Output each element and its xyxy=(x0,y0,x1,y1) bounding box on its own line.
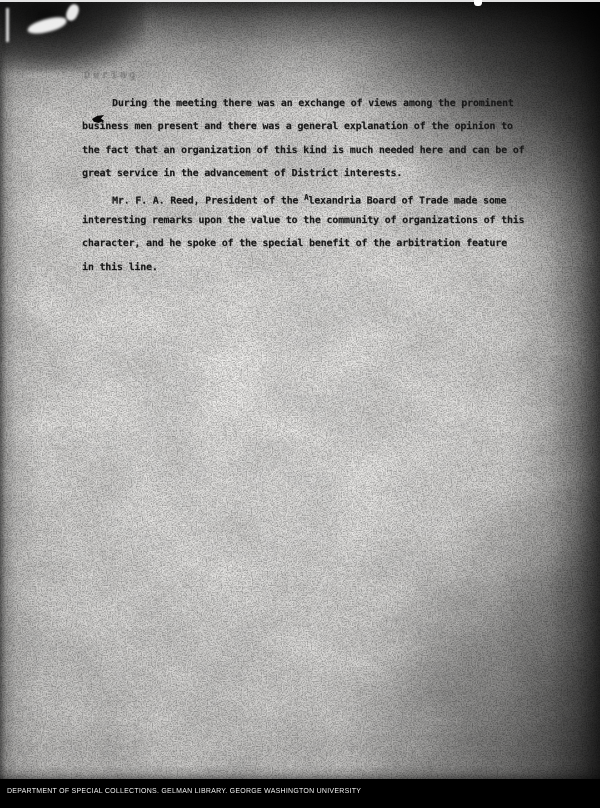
text-line: character, and he spoke of the special b… xyxy=(82,232,562,255)
archive-footer-bar: DEPARTMENT OF SPECIAL COLLECTIONS. GELMA… xyxy=(0,779,600,808)
paper-background: During During the meeting there was an e… xyxy=(0,0,600,779)
text-line: business men present and there was a gen… xyxy=(82,115,562,138)
text-line: interesting remarks upon the value to th… xyxy=(82,209,562,232)
text-line: the fact that an organization of this ki… xyxy=(82,139,562,162)
archive-attribution: DEPARTMENT OF SPECIAL COLLECTIONS. GELMA… xyxy=(7,788,361,795)
ghost-text: During xyxy=(84,70,138,82)
text-segment: Mr. F. A. Reed, President of the xyxy=(112,195,304,206)
text-line: in this line. xyxy=(82,256,562,279)
text-segment: lexandria Board of Trade made some xyxy=(308,195,506,206)
text-line: Mr. F. A. Reed, President of the Alexand… xyxy=(82,186,562,209)
text-line: During the meeting there was an exchange… xyxy=(82,92,562,115)
text-line: great service in the advancement of Dist… xyxy=(82,162,562,185)
scanned-document-page: During During the meeting there was an e… xyxy=(0,0,600,808)
typewritten-text: During the meeting there was an exchange… xyxy=(82,92,562,279)
